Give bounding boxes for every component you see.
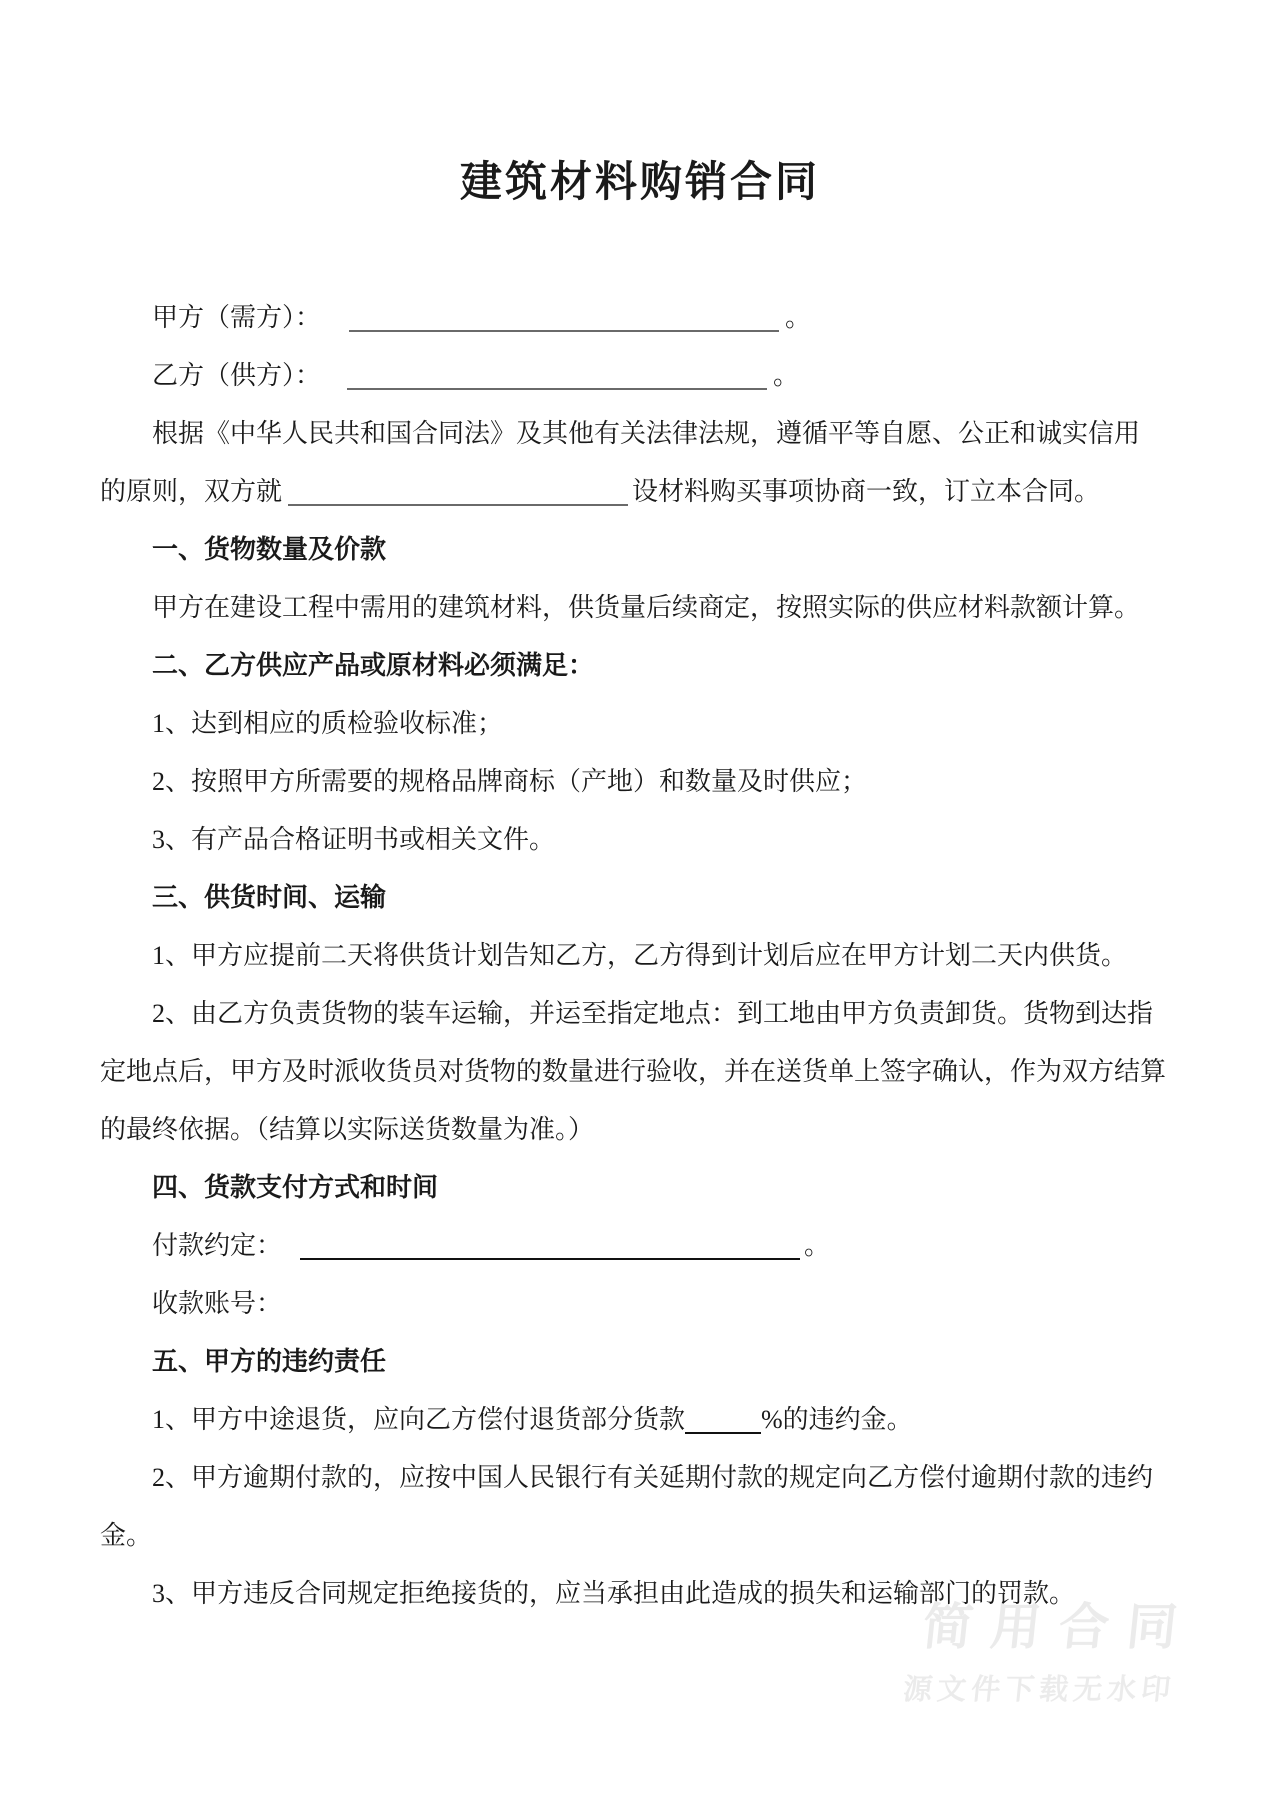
section5-item2-line1: 2、甲方逾期付款的，应按中国人民银行有关延期付款的规定向乙方偿付逾期付款的违约 <box>100 1449 1180 1507</box>
intro-line2-before: 的原则，双方就 <box>100 477 282 506</box>
watermark-brand-text: 简用合同 <box>907 1600 1198 1654</box>
payment-terms-blank-line <box>300 1228 800 1260</box>
party-a-blank-line <box>349 300 779 332</box>
section5-heading: 五、甲方的违约责任 <box>100 1333 1180 1391</box>
section5-item1: 1、甲方中途退货，应向乙方偿付退货部分货款%的违约金。 <box>100 1391 1180 1449</box>
document-content: 建筑材料购销合同 甲方（需方）：。 乙方（供方）：。 根据《中华人民共和国合同法… <box>0 159 1280 1623</box>
section3-item2-line1: 2、由乙方负责货物的装车运输，并运至指定地点：到工地由甲方负责卸货。货物到达指 <box>100 985 1180 1043</box>
party-b-row: 乙方（供方）：。 <box>100 347 1180 405</box>
document-body: 甲方（需方）：。 乙方（供方）：。 根据《中华人民共和国合同法》及其他有关法律法… <box>100 289 1180 1623</box>
section3-heading: 三、供货时间、运输 <box>100 869 1180 927</box>
intro-paragraph-line1: 根据《中华人民共和国合同法》及其他有关法律法规，遵循平等自愿、公正和诚实信用 <box>100 405 1180 463</box>
section2-item: 1、达到相应的质检验收标准； <box>100 695 1180 753</box>
watermark-tagline-text: 源文件下载无水印 <box>901 1672 1177 1708</box>
section3-item2-line2: 定地点后，甲方及时派收货员对货物的数量进行验收，并在送货单上签字确认，作为双方结… <box>100 1043 1180 1101</box>
section3-item2-line3: 的最终依据。（结算以实际送货数量为准。） <box>100 1101 1180 1159</box>
intro-paragraph-line2: 的原则，双方就设材料购买事项协商一致，订立本合同。 <box>100 463 1180 521</box>
intro-line2-after: 设材料购买事项协商一致，订立本合同。 <box>632 477 1100 506</box>
section1-heading: 一、货物数量及价款 <box>100 521 1180 579</box>
watermark: 简用合同 源文件下载无水印 <box>901 1600 1179 1708</box>
receiving-account-row: 收款账号： <box>100 1275 1180 1333</box>
section2-heading: 二、乙方供应产品或原材料必须满足： <box>100 637 1180 695</box>
contract-document-page: 建筑材料购销合同 甲方（需方）：。 乙方（供方）：。 根据《中华人民共和国合同法… <box>0 0 1280 1810</box>
section5-item1-after: %的违约金。 <box>761 1405 913 1434</box>
payment-terms-period: 。 <box>804 1231 830 1260</box>
party-a-period: 。 <box>785 303 811 332</box>
section4-heading: 四、货款支付方式和时间 <box>100 1159 1180 1217</box>
intro-blank-line <box>288 474 628 506</box>
section1-body: 甲方在建设工程中需用的建筑材料，供货量后续商定，按照实际的供应材料款额计算。 <box>100 579 1180 637</box>
page-title: 建筑材料购销合同 <box>100 159 1180 207</box>
party-b-period: 。 <box>773 361 799 390</box>
party-a-row: 甲方（需方）：。 <box>100 289 1180 347</box>
section2-item: 3、有产品合格证明书或相关文件。 <box>100 811 1180 869</box>
section5-item1-before: 1、甲方中途退货，应向乙方偿付退货部分货款 <box>152 1405 685 1434</box>
section2-item: 2、按照甲方所需要的规格品牌商标（产地）和数量及时供应； <box>100 753 1180 811</box>
party-b-label: 乙方（供方）： <box>152 361 321 390</box>
section3-item1: 1、甲方应提前二天将供货计划告知乙方，乙方得到计划后应在甲方计划二天内供货。 <box>100 927 1180 985</box>
party-a-label: 甲方（需方）： <box>152 303 321 332</box>
payment-terms-row: 付款约定：。 <box>100 1217 1180 1275</box>
section5-item2-line2: 金。 <box>100 1507 1180 1565</box>
payment-terms-label: 付款约定： <box>152 1231 282 1260</box>
party-b-blank-line <box>347 358 767 390</box>
penalty-percent-blank-line <box>685 1402 761 1434</box>
